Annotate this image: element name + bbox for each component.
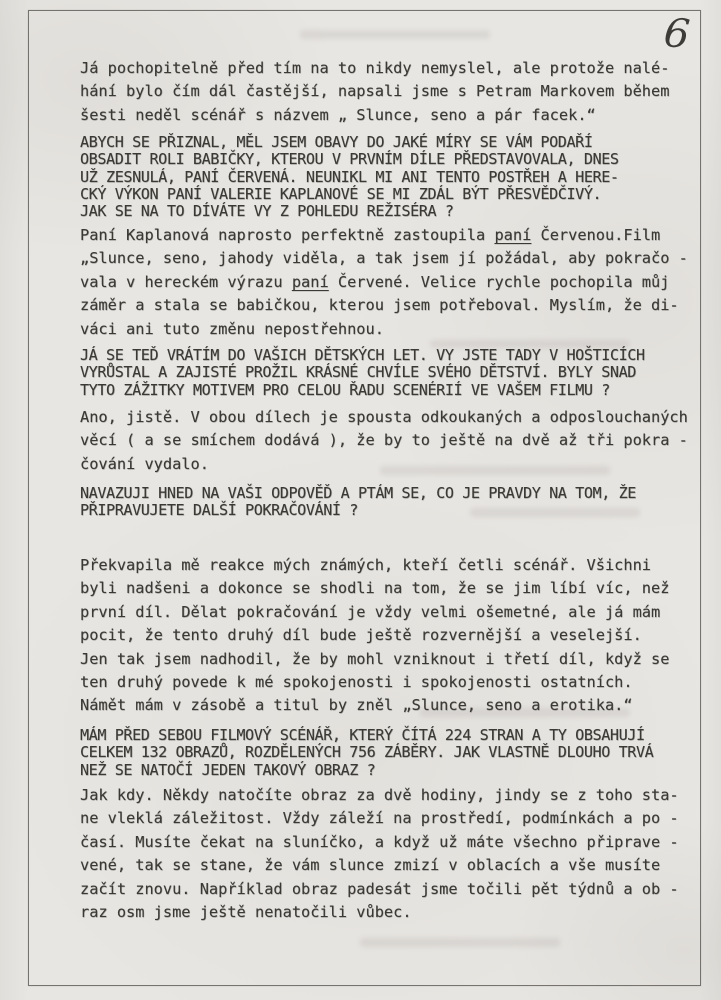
text-line: vala v hereckém výrazu paní Červené. Vel… (80, 271, 712, 294)
text-line: JÁ SE TEĎ VRÁTÍM DO VAŠICH DĚTSKÝCH LET.… (80, 347, 712, 364)
text-line: CELKEM 132 OBRAZŮ, ROZDĚLENÝCH 756 ZÁBĚR… (80, 744, 712, 761)
text-line: NAVAZUJI HNED NA VAŠI ODPOVĚĎ A PTÁM SE,… (80, 485, 712, 502)
text-line: byli nadšeni a dokonce se shodli na tom,… (80, 577, 712, 600)
text-line: Jak kdy. Někdy natočíte obraz za dvě hod… (80, 784, 712, 807)
text-line: „Slunce, seno, jahody viděla, a tak jsem… (80, 247, 712, 270)
underlined-word: paní (494, 226, 531, 244)
paragraph-answer: Překvapila mě reakce mých známých, kteří… (80, 554, 712, 718)
text-line: Ano, jistě. V obou dílech je spousta odk… (80, 406, 712, 429)
text-line: šesti neděl scénář s názvem „ Slunce, se… (80, 104, 712, 127)
text-line: čování vydalo. (80, 453, 712, 476)
text-line: MÁM PŘED SEBOU FILMOVÝ SCÉNÁŘ, KTERÝ ČÍT… (80, 727, 712, 744)
text-line: UŽ ZESNULÁ, PANÍ ČERVENÁ. NEUNIKL MI ANI… (80, 169, 712, 186)
text-line: časí. Musíte čekat na sluníčko, a když u… (80, 831, 712, 854)
text-line: vené, tak se stane, že vám slunce zmizí … (80, 854, 712, 877)
text-line: začít znovu. Například obraz padesát jsm… (80, 878, 712, 901)
text-line: Já pochopitelně před tím na to nikdy nem… (80, 57, 712, 80)
paragraph-answer: Ano, jistě. V obou dílech je spousta odk… (80, 406, 712, 476)
text-line: věcí ( a se smíchem dodává ), že by to j… (80, 429, 712, 452)
text-line: první díl. Dělat pokračování je vždy vel… (80, 601, 712, 624)
text-line: záměr a stala se babičkou, kterou jsem p… (80, 294, 712, 317)
text-line: PŘIPRAVUJETE DALŠÍ POKRAČOVÁNÍ ? (80, 502, 712, 519)
paragraph-question: ABYCH SE PŘIZNAL, MĚL JSEM OBAVY DO JAKÉ… (80, 134, 712, 220)
text-line: ten druhý povede k mé spokojenosti i spo… (80, 671, 712, 694)
text-line: CKÝ VÝKON PANÍ VALERIE KAPLANOVÉ SE MI Z… (80, 186, 712, 203)
underlined-word: paní (292, 273, 329, 291)
paragraph-answer: Jak kdy. Někdy natočíte obraz za dvě hod… (80, 784, 712, 924)
text-line: ne vleklá záležitost. Vždy záleží na pro… (80, 807, 712, 830)
paragraph-question: NAVAZUJI HNED NA VAŠI ODPOVĚĎ A PTÁM SE,… (80, 485, 712, 520)
text-line: Námět mám v zásobě a titul by zněl „Slun… (80, 694, 712, 717)
text-line: Jen tak jsem nadhodil, že by mohl vznikn… (80, 648, 712, 671)
text-line: NEŽ SE NATOČÍ JEDEN TAKOVÝ OBRAZ ? (80, 762, 712, 779)
text-line: hání bylo čím dál častější, napsali jsme… (80, 80, 712, 103)
paragraph-question: MÁM PŘED SEBOU FILMOVÝ SCÉNÁŘ, KTERÝ ČÍT… (80, 727, 712, 779)
text-line: raz osm jsme ještě nenatočili vůbec. (80, 901, 712, 924)
paragraph-question: JÁ SE TEĎ VRÁTÍM DO VAŠICH DĚTSKÝCH LET.… (80, 347, 712, 399)
text-line: JAK SE NA TO DÍVÁTE VY Z POHLEDU REŽISÉR… (80, 203, 712, 220)
paragraph-answer: Paní Kaplanová naprosto perfektně zastou… (80, 224, 712, 341)
text-line: TYTO ZÁŽITKY MOTIVEM PRO CELOU ŘADU SCEN… (80, 382, 712, 399)
text-line: pocit, že tento druhý díl bude ještě roz… (80, 624, 712, 647)
text-line: váci ani tuto změnu nepostřehnou. (80, 318, 712, 341)
page-text: Já pochopitelně před tím na to nikdy nem… (0, 0, 721, 1000)
text-line: Překvapila mě reakce mých známých, kteří… (80, 554, 712, 577)
paragraph-answer: Já pochopitelně před tím na to nikdy nem… (80, 57, 712, 127)
text-line: VYRŮSTAL A ZAJISTÉ PROŽIL KRÁSNÉ CHVÍLE … (80, 364, 712, 381)
text-line: ABYCH SE PŘIZNAL, MĚL JSEM OBAVY DO JAKÉ… (80, 134, 712, 151)
text-line: Paní Kaplanová naprosto perfektně zastou… (80, 224, 712, 247)
text-line: OBSADIT ROLI BABIČKY, KTEROU V PRVNÍM DÍ… (80, 151, 712, 168)
